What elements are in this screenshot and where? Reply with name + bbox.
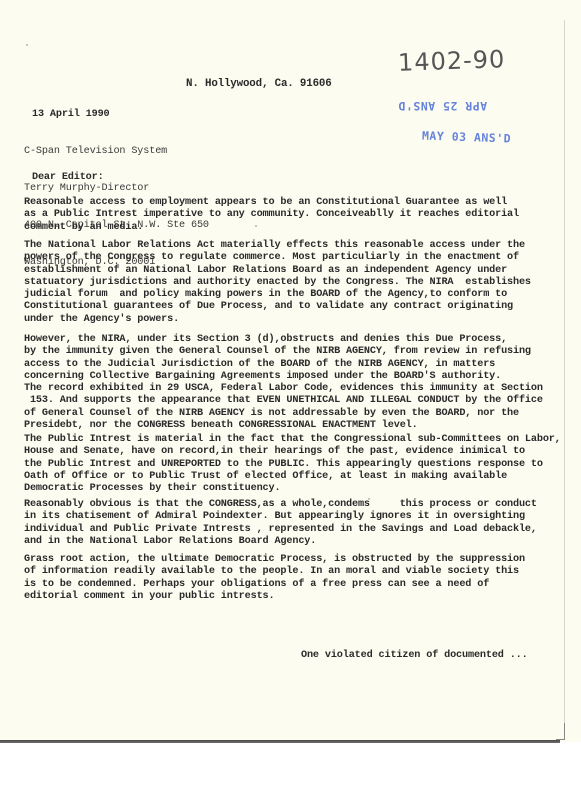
paragraph-line: Presidebt, nor the CONGRESS beneath CONG…	[24, 420, 543, 432]
paragraph-line: of information readily available to the …	[24, 566, 525, 578]
paragraph-line: establishment of an National Labor Relat…	[24, 265, 531, 277]
page-bottom-edge	[0, 740, 560, 743]
sender-location: N. Hollywood, Ca. 91606	[186, 78, 332, 90]
signature-line: One violated citizen of documented ...	[301, 650, 528, 662]
paragraph-line: of General Counsel of the NIRB AGENCY is…	[24, 408, 543, 420]
page-right-edge	[564, 20, 565, 740]
paragraph-line: and in the National Labor Relations Boar…	[24, 536, 537, 548]
paper-speck	[255, 225, 257, 227]
paragraph: Reasonably obvious is that the CONGRESS,…	[24, 499, 537, 548]
paragraph: Grass root action, the ultimate Democrat…	[24, 554, 525, 603]
paragraph-line: under the Agency's powers.	[24, 314, 531, 326]
paragraph-line: statuatory jurisdictions and authority e…	[24, 277, 531, 289]
paragraph: However, the NIRA, under its Section 3 (…	[24, 334, 543, 432]
paragraph: Reasonable access to employment appears …	[24, 197, 519, 234]
recipient-line: C-Span Television System	[24, 146, 209, 158]
handwritten-reference-number: 1402-90	[398, 45, 506, 77]
received-stamp: APR 25 ANS'D	[398, 99, 487, 113]
paper-speck	[26, 44, 28, 46]
paragraph-line: The National Labor Relations Act materia…	[24, 240, 531, 252]
paragraph-line: the Public Intrest and UNREPORTED to the…	[24, 459, 561, 471]
paragraph-line: Reasonably obvious is that the CONGRESS,…	[24, 499, 537, 511]
paragraph: The National Labor Relations Act materia…	[24, 240, 531, 326]
letter-date: 13 April 1990	[32, 109, 110, 121]
paragraph-line: 153. And supports the appearance that EV…	[24, 395, 543, 407]
paper-speck	[368, 498, 370, 500]
paragraph-line: Reasonable access to employment appears …	[24, 197, 519, 209]
paragraph-line: is to be condemned. Perhaps your obligat…	[24, 579, 525, 591]
letter-page: 1402-90 APR 25 ANS'D MAY 03 ANS'D N. Hol…	[0, 0, 581, 742]
paragraph-line: The Public Intrest is material in the fa…	[24, 434, 561, 446]
recipient-line: Terry Murphy-Director	[24, 183, 209, 195]
paragraph-line: comment by an media.	[24, 222, 519, 234]
paragraph-line: powers of the Congress to regulate comme…	[24, 252, 531, 264]
salutation: Dear Editor:	[32, 172, 104, 184]
page-corner-mark	[556, 723, 565, 740]
paragraph-line: concerning Collective Bargaining Agreeme…	[24, 371, 543, 383]
paragraph-line: in its chatisement of Admiral Poindexter…	[24, 511, 537, 523]
paragraph-line: individual and Public Private Intrests ,…	[24, 524, 537, 536]
paragraph-line: Democratic Processes by their constituen…	[24, 483, 561, 495]
paragraph-line: The record exhibited in 29 USCA, Federal…	[24, 383, 543, 395]
paragraph-line: access to the Judicial Jurisdiction of t…	[24, 359, 543, 371]
paragraph-line: Oath of Office or to Public Trust of ele…	[24, 471, 561, 483]
paragraph-line: editorial comment in your public intrest…	[24, 591, 525, 603]
answered-stamp: MAY 03 ANS'D	[422, 128, 512, 145]
paragraph-line: as a Public Intrest imperative to any co…	[24, 209, 519, 221]
paragraph-line: Grass root action, the ultimate Democrat…	[24, 554, 525, 566]
paragraph-line: Constitutional guarantees of Due Process…	[24, 301, 531, 313]
paragraph: The Public Intrest is material in the fa…	[24, 434, 561, 495]
paragraph-line: House and Senate, have on record,in thei…	[24, 446, 561, 458]
paragraph-line: judicial forum and policy making powers …	[24, 289, 531, 301]
paragraph-line: However, the NIRA, under its Section 3 (…	[24, 334, 543, 346]
paragraph-line: by the immunity given the General Counse…	[24, 346, 543, 358]
